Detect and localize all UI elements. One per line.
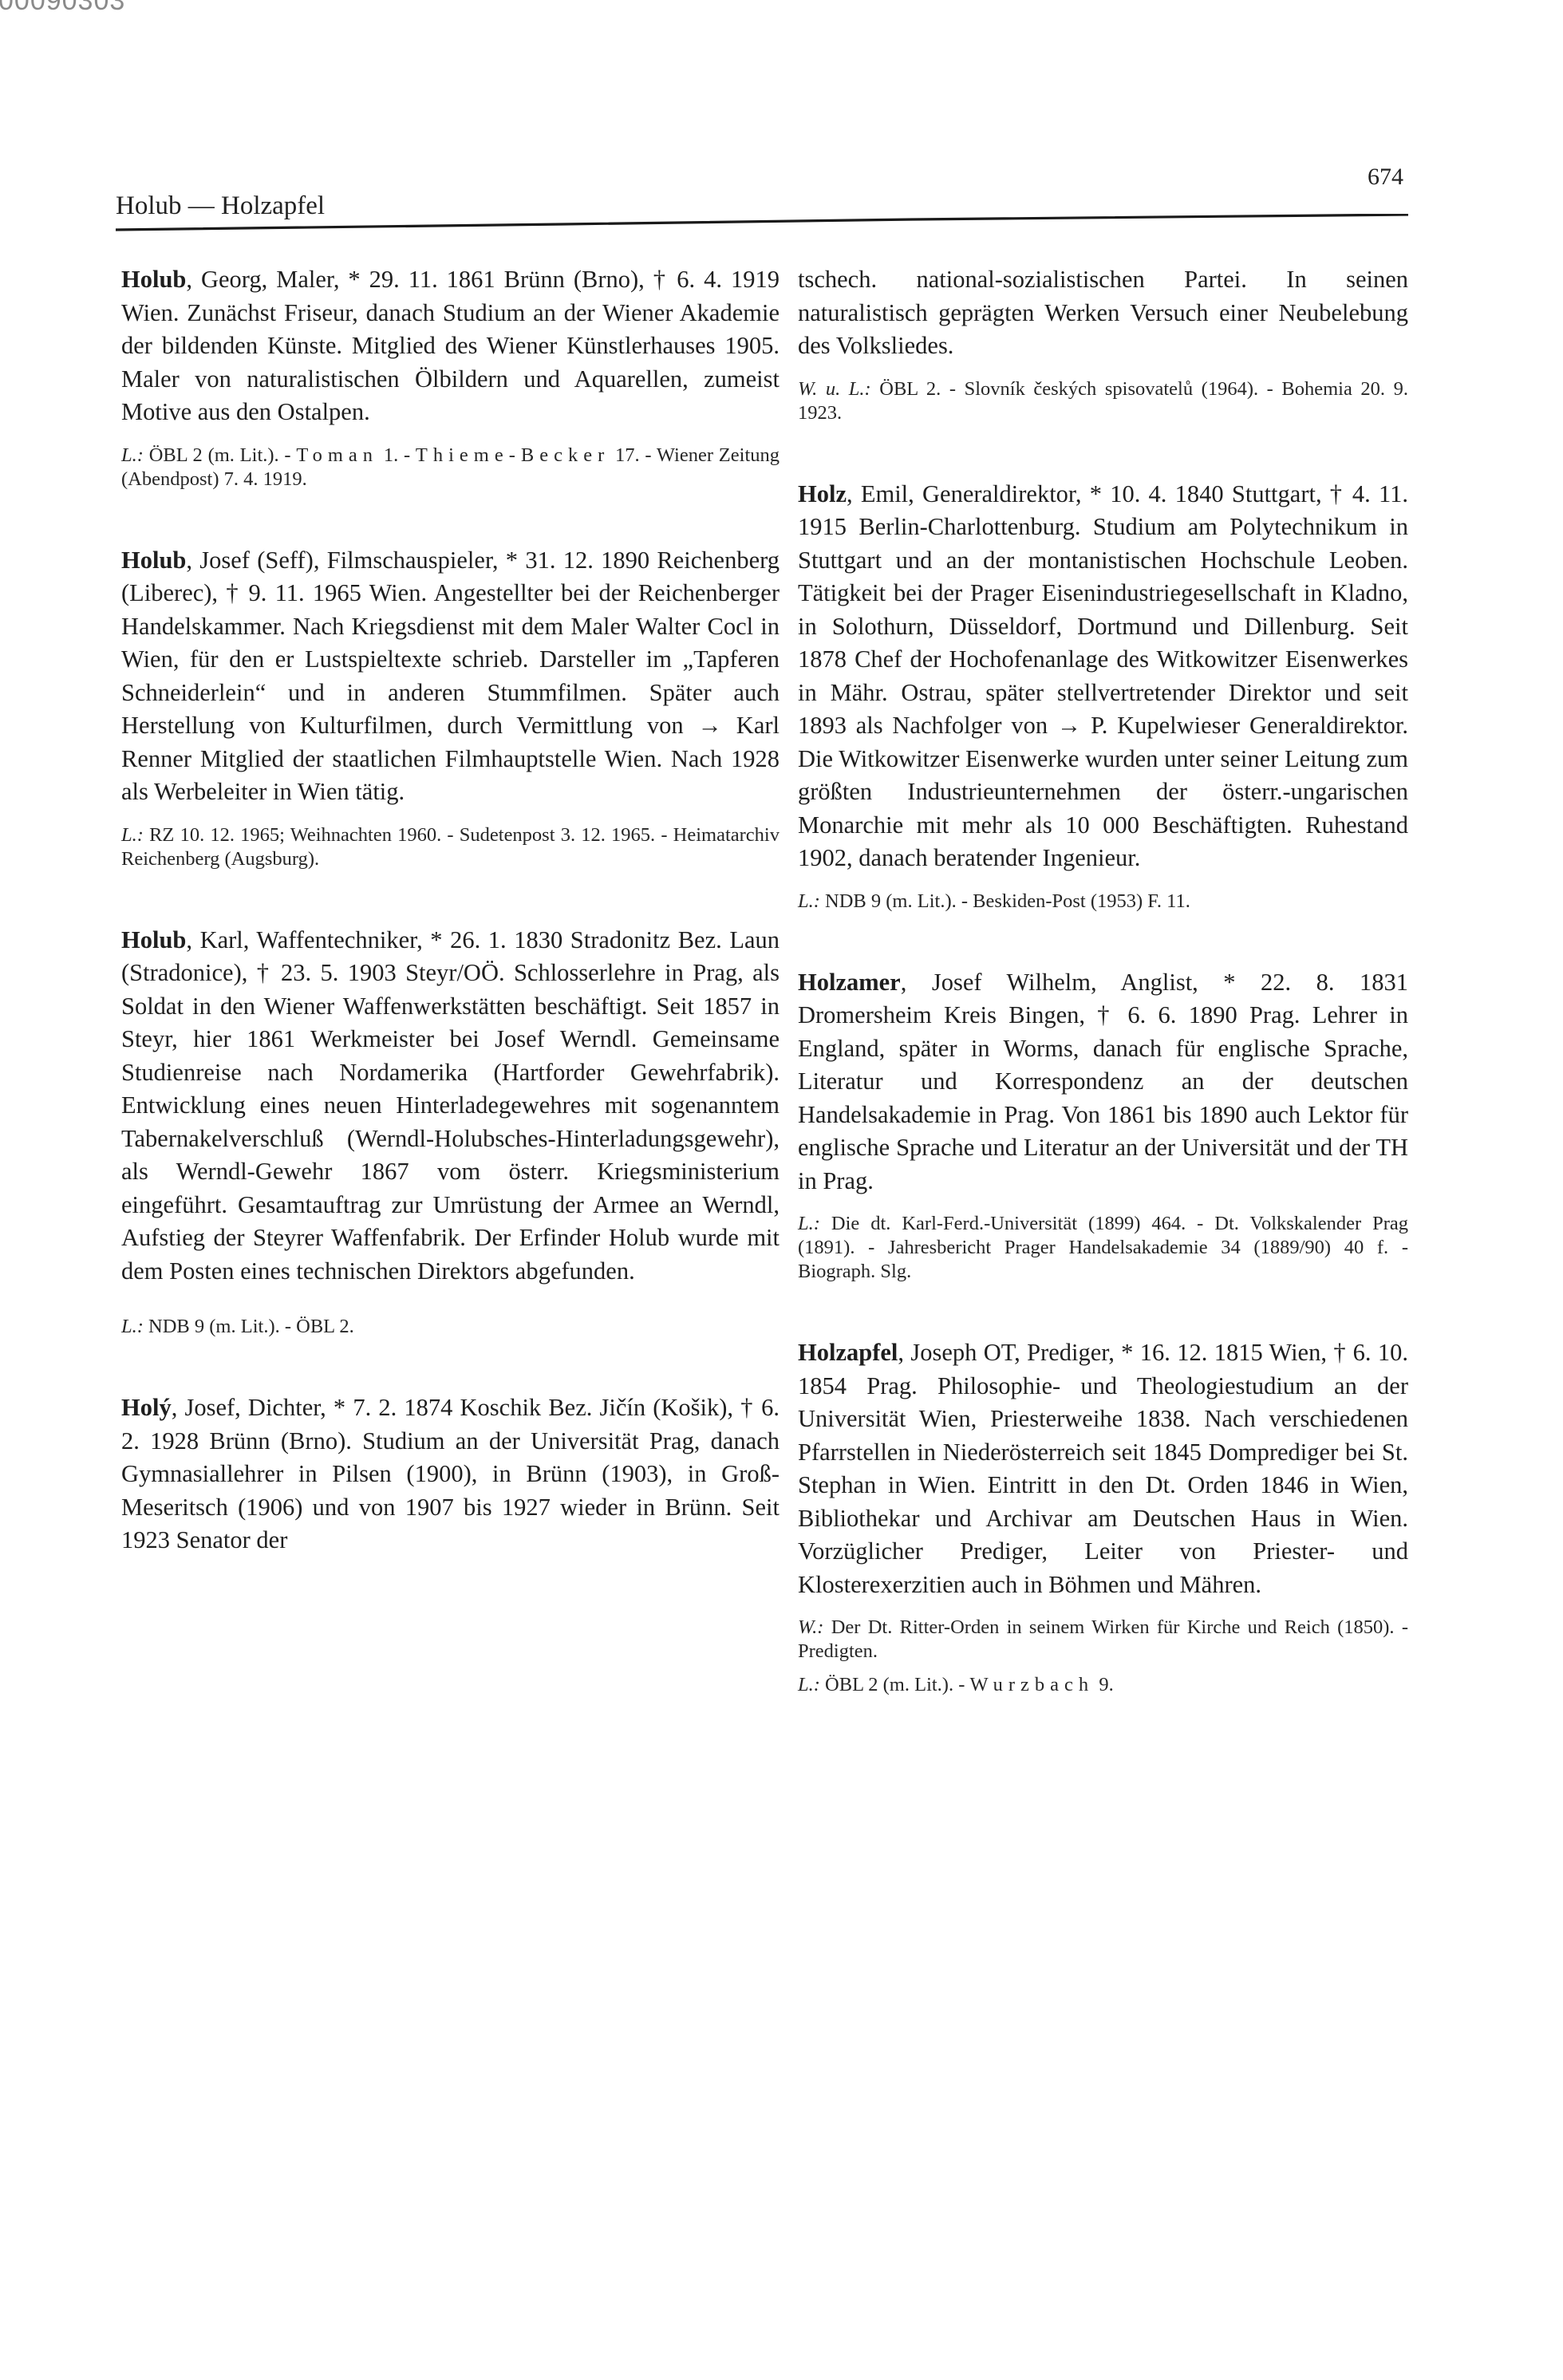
entry-body: Holzamer, Josef Wilhelm, Anglist, * 22. … — [798, 966, 1408, 1198]
entry-holzapfel-joseph: Holzapfel, Joseph OT, Prediger, * 16. 12… — [798, 1336, 1408, 1697]
works-and-literature-refs: W. u. L.: ÖBL 2. - Slovník českých spiso… — [798, 377, 1408, 425]
scan-id: 00090303 — [0, 0, 125, 17]
entry-body: Holub, Georg, Maler, * 29. 11. 1861 Brün… — [121, 263, 780, 429]
headword: Holub — [121, 547, 186, 574]
headword: Holub — [121, 266, 186, 293]
literature-refs: L.: NDB 9 (m. Lit.). - Beskiden-Post (19… — [798, 890, 1408, 914]
entry-body: Holub, Karl, Waffentechniker, * 26. 1. 1… — [121, 924, 780, 1289]
entry-holy-continuation: tschech. national-sozialistischen Partei… — [798, 263, 1408, 425]
entry-body: Holzapfel, Joseph OT, Prediger, * 16. 12… — [798, 1336, 1408, 1601]
entry-holy-josef: Holý, Josef, Dichter, * 7. 2. 1874 Kosch… — [121, 1391, 780, 1557]
headword: Holzamer — [798, 969, 901, 996]
headword: Holzapfel — [798, 1339, 898, 1366]
literature-refs: L.: NDB 9 (m. Lit.). - ÖBL 2. — [121, 1315, 780, 1339]
header-rule — [116, 214, 1408, 231]
literature-refs: L.: ÖBL 2 (m. Lit.). - Wurzbach 9. — [798, 1673, 1408, 1697]
headword: Holý — [121, 1394, 172, 1421]
entry-holz-emil: Holz, Emil, Generaldirektor, * 10. 4. 18… — [798, 478, 1408, 914]
entry-holub-josef: Holub, Josef (Seff), Filmschauspieler, *… — [121, 544, 780, 871]
headword: Holub — [121, 926, 186, 953]
entry-body: Holz, Emil, Generaldirektor, * 10. 4. 18… — [798, 478, 1408, 875]
left-column: Holub, Georg, Maler, * 29. 11. 1861 Brün… — [121, 263, 780, 1578]
literature-refs: L.: RZ 10. 12. 1965; Weihnachten 1960. -… — [121, 823, 780, 871]
entry-holub-georg: Holub, Georg, Maler, * 29. 11. 1861 Brün… — [121, 263, 780, 491]
headword: Holz — [798, 480, 847, 507]
literature-refs: L.: ÖBL 2 (m. Lit.). - Toman 1. - Thieme… — [121, 444, 780, 491]
works-refs: W.: Der Dt. Ritter-Orden in seinem Wirke… — [798, 1616, 1408, 1664]
entry-holzamer-josef-wilhelm: Holzamer, Josef Wilhelm, Anglist, * 22. … — [798, 966, 1408, 1285]
entry-body: Holub, Josef (Seff), Filmschauspieler, *… — [121, 544, 780, 809]
literature-refs: L.: Die dt. Karl-Ferd.-Universität (1899… — [798, 1212, 1408, 1284]
entry-body: tschech. national-sozialistischen Partei… — [798, 263, 1408, 363]
entry-holub-karl: Holub, Karl, Waffentechniker, * 26. 1. 1… — [121, 924, 780, 1340]
entry-body: Holý, Josef, Dichter, * 7. 2. 1874 Kosch… — [121, 1391, 780, 1557]
page-number: 674 — [1368, 164, 1403, 191]
right-column: tschech. national-sozialistischen Partei… — [798, 263, 1408, 1718]
